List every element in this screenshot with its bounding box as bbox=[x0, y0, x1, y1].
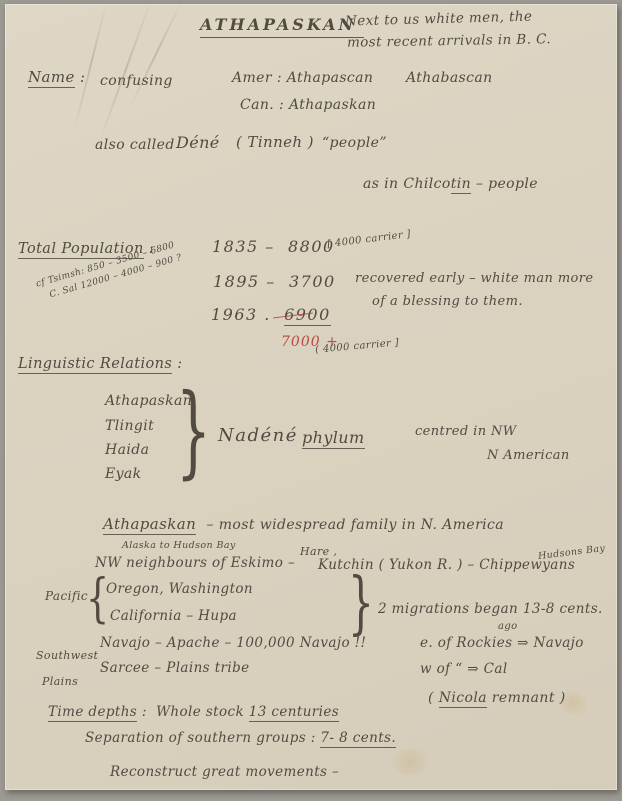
east-of-rockies-line: e. of Rockies ⇒ Navajo bbox=[420, 636, 584, 652]
migrations-line: 2 migrations began 13-8 cents. bbox=[378, 602, 603, 618]
phylum-name: Nadéné bbox=[218, 426, 298, 447]
paper-crease bbox=[129, 0, 183, 108]
population-comment-line2: of a blessing to them. bbox=[372, 295, 523, 310]
chilcotin-suffix: – people bbox=[471, 176, 538, 192]
name-comment: confusing bbox=[100, 73, 173, 89]
pacific-item-oregon: Oregon, Washington bbox=[106, 582, 253, 598]
phylum-location-line1: centred in NW bbox=[415, 425, 517, 440]
nicola-open: ( bbox=[428, 690, 439, 706]
phylum-member-eyak: Eyak bbox=[105, 466, 142, 482]
paper-crease bbox=[74, 1, 107, 128]
name-amer-alt: Athabascan bbox=[406, 70, 493, 86]
scanned-page: ATHAPASKAN Next to us white men, the mos… bbox=[0, 0, 622, 801]
whole-stock-text: Whole stock bbox=[156, 704, 249, 720]
west-of-rockies-line: w of “ ⇒ Cal bbox=[420, 662, 508, 678]
centuries-text: 13 centuries bbox=[249, 704, 339, 722]
separation-text: Separation of southern groups : bbox=[85, 730, 320, 746]
phylum-location-line2: N American bbox=[487, 449, 570, 464]
plains-label: Plains bbox=[42, 676, 78, 689]
navajo-line: Navajo – Apache – 100,000 Navajo !! bbox=[100, 636, 366, 652]
phylum-brace: } bbox=[176, 384, 211, 478]
chilcotin-note: as in Chilcotin – people bbox=[363, 176, 538, 192]
nicola-rest: remnant ) bbox=[487, 690, 566, 706]
phylum-member-tlingit: Tlingit bbox=[105, 418, 154, 434]
dene-word: Déné bbox=[176, 134, 220, 152]
population-comment-line1: recovered early – white man more bbox=[355, 272, 594, 287]
nicola-note: ( Nicola remnant ) bbox=[428, 690, 566, 706]
name-can: Can. : Athapaskan bbox=[240, 97, 376, 113]
nicola-word: Nicola bbox=[439, 690, 487, 708]
paper-stain bbox=[385, 749, 435, 775]
family-interline-note: Alaska to Hudson Bay bbox=[122, 541, 236, 552]
family-north-line: NW neighbours of Eskimo – bbox=[95, 556, 295, 572]
family-heading: Athapaskan – most widespread family in N… bbox=[103, 516, 504, 533]
time-depths-line: Time depths : Whole stock 13 centuries bbox=[48, 705, 339, 721]
linguistic-colon: : bbox=[172, 356, 182, 372]
chilcotin-prefix: as in Chilco bbox=[363, 176, 451, 192]
population-row-1835: 1835 – 8800 bbox=[212, 238, 335, 256]
pop-value: 3700 bbox=[289, 272, 336, 291]
cents-text: 7- 8 cents. bbox=[320, 730, 396, 748]
phylum-word: phylum bbox=[302, 429, 365, 449]
phylum-member-haida: Haida bbox=[105, 442, 149, 458]
name-amer: Amer : Athapascan bbox=[232, 70, 373, 86]
pacific-item-california: California – Hupa bbox=[110, 609, 237, 625]
sarcee-line: Sarcee – Plains tribe bbox=[100, 661, 250, 677]
population-row-1895: 1895 – 3700 bbox=[213, 273, 336, 291]
family-heading-text: Athapaskan bbox=[103, 515, 196, 535]
people-word: “people” bbox=[322, 135, 387, 151]
pop-year: 1835 – bbox=[212, 237, 275, 256]
separation-line: Separation of southern groups : 7- 8 cen… bbox=[85, 731, 396, 747]
time-depths-heading: Time depths bbox=[48, 704, 137, 722]
southwest-label: Southwest bbox=[36, 650, 98, 663]
paper-crease bbox=[99, 0, 152, 140]
paper-sheet bbox=[5, 4, 617, 790]
name-label: Name : bbox=[28, 69, 85, 86]
linguistic-heading-text: Linguistic Relations bbox=[18, 356, 172, 374]
time-depths-colon: : bbox=[137, 704, 147, 720]
linguistic-heading: Linguistic Relations : bbox=[18, 356, 183, 373]
pacific-label: Pacific bbox=[45, 590, 88, 604]
migrations-ago: ago bbox=[498, 621, 518, 633]
chilcotin-tin: tin bbox=[451, 176, 471, 194]
pop-year: 1963 . bbox=[211, 305, 271, 324]
page-title: ATHAPASKAN bbox=[200, 16, 364, 38]
family-heading-rest: – most widespread family in N. America bbox=[206, 517, 504, 533]
name-colon: : bbox=[75, 68, 86, 86]
population-row-1963: 1963 . 6900 bbox=[211, 306, 331, 324]
also-called-label: also called bbox=[95, 137, 175, 153]
name-label-text: Name bbox=[28, 68, 75, 88]
reconstruct-line: Reconstruct great movements – bbox=[110, 765, 339, 781]
pop-year: 1895 – bbox=[213, 272, 276, 291]
tinneh-word: ( Tinneh ) bbox=[236, 134, 314, 151]
migrations-brace: } bbox=[348, 572, 374, 636]
